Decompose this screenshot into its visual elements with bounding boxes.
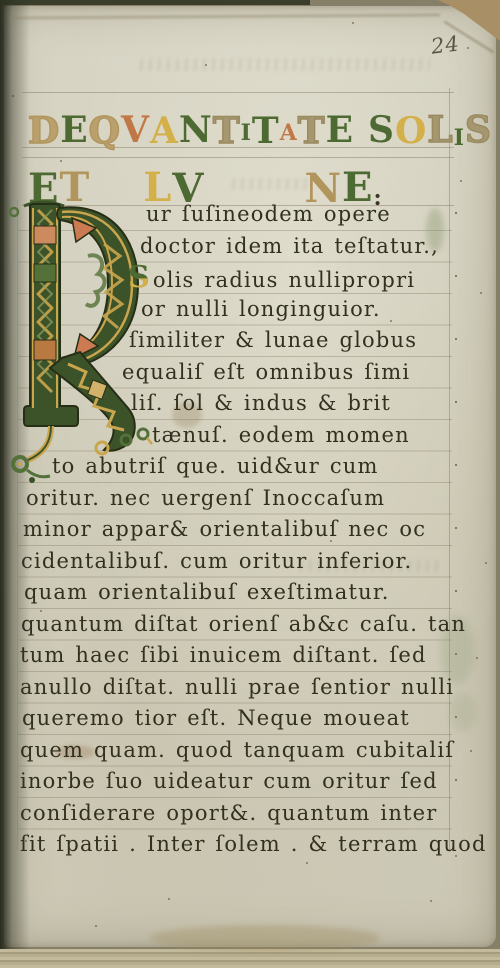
manuscript-photo: 24 DEQVANTITATESOLIS ETLVNE: (0, 0, 500, 968)
text-line: queremo tior eſt. Neque moueat (22, 703, 478, 735)
title-letter: O (395, 113, 427, 149)
text-line: quam orientalibuſ exeſtimatur. (24, 577, 478, 609)
title-letter: S (368, 112, 395, 148)
title-letter: I (241, 122, 252, 144)
text-line: quantum diſtat orienſ ab&c caſu. tan (21, 609, 478, 641)
ink-specks (0, 0, 2, 2)
text-line: ſit ſpatii . Inter ſolem . & terram quod (20, 829, 478, 861)
title-letter: A (150, 113, 179, 149)
text-line: tænuſ. eodem momen (152, 420, 478, 452)
text-line: oritur. nec uergenſ Inoccaſum (26, 483, 478, 515)
showthrough-text (139, 58, 430, 71)
text-line: equaliſ eſt omnibus ſimi (122, 357, 478, 389)
title-letter: E (60, 112, 88, 148)
text-line: doctor idem ita teſtatur., (140, 231, 478, 263)
title-letter: S (465, 112, 492, 148)
text-line: quem quam. quod tanquam cubitaliſ (20, 735, 478, 767)
page-stack-edge (0, 949, 500, 968)
title-letter: Q (89, 113, 121, 149)
text-line: conſiderare oport&. quantum inter (20, 798, 478, 830)
title-letter: T (298, 113, 326, 149)
text-line: or nulli longinguior. (141, 294, 478, 326)
title-letter: A (280, 122, 298, 144)
title-letter: N (179, 112, 213, 148)
title-letter: D (28, 113, 60, 149)
title-letter: V (121, 112, 150, 148)
title-letter: T (213, 113, 241, 149)
title-letter: T (252, 113, 280, 149)
text-line: anullo diſtat. nulli prae ſentior nulli (20, 672, 478, 704)
page-top-edge (0, 0, 310, 5)
text-line: to abutriſ que. uid&ur cum (52, 451, 478, 483)
folio-number: 24 (430, 31, 461, 58)
text-line: liſ. ſol & indus & brit (131, 388, 478, 420)
text-line: cidentalibuſ. cum oritur inferior. (21, 546, 478, 578)
text-line: minor appar& orientalibuſ nec oc (23, 514, 478, 546)
text-line: ur ſuſineodem opere (146, 199, 478, 231)
body-text: ur ſuſineodem operedoctor idem ita teſta… (18, 199, 478, 861)
title-letter: L (427, 112, 453, 148)
text-line: inorbe ſuo uideatur cum oritur ſed (20, 766, 478, 798)
decorated-initial-s: SS (128, 262, 151, 297)
title-letter: I (454, 127, 465, 149)
text-line: SSolis radius nullipropri (128, 262, 478, 294)
parchment-stain (150, 925, 380, 951)
text-line: ſimiliter & lunae globus (129, 325, 478, 357)
text-line: tum haec ſibi inuicem diſtant. ſed (20, 640, 478, 672)
title-line-1: DEQVANTITATESOLIS (28, 92, 492, 148)
title-letter: E (326, 112, 354, 148)
